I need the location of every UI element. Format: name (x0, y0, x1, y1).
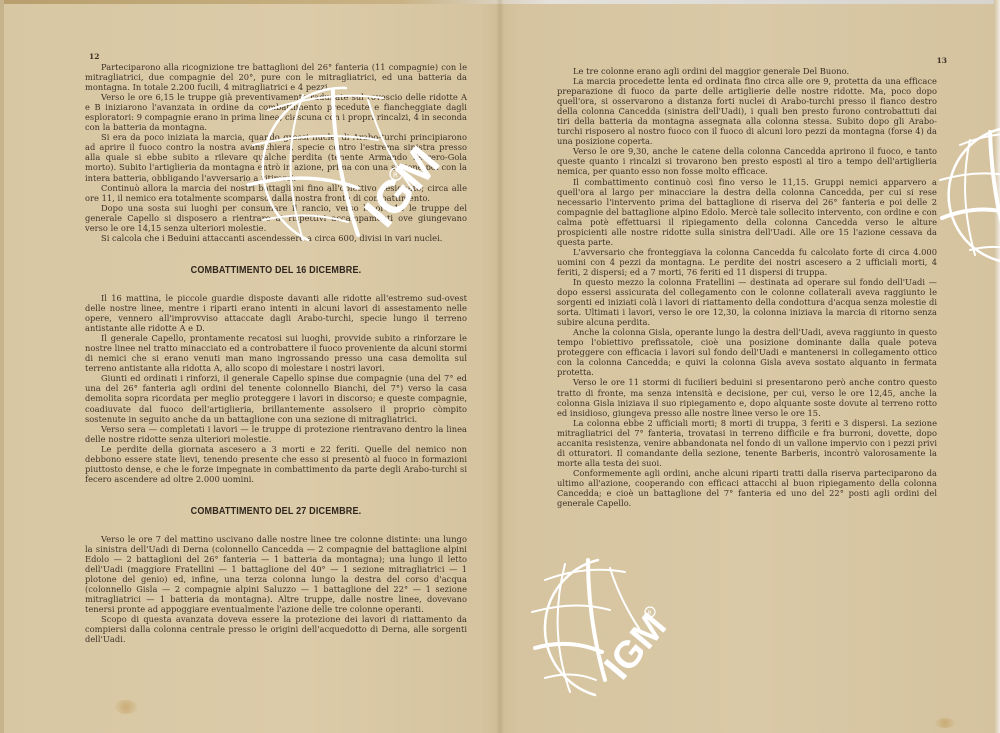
paragraph: Giunti ed ordinati i rinforzi, il genera… (85, 373, 467, 423)
paper-stain (935, 718, 955, 728)
right-text-block: Le tre colonne erano agli ordini del mag… (557, 66, 937, 508)
left-text-block-3: Verso le ore 7 del mattino uscivano dall… (85, 534, 467, 645)
igm-watermark-logo: IGM R (510, 550, 680, 720)
igm-text-icon: IGM (597, 606, 675, 688)
left-text-block-2: Il 16 mattina, le piccole guardie dispos… (85, 293, 467, 484)
paragraph: Verso le ore 7 del mattino uscivano dall… (85, 534, 467, 614)
svg-text:IGM: IGM (597, 606, 675, 688)
page-number: 12 (89, 52, 99, 61)
globe-icon (940, 128, 1000, 262)
page-right-edge (994, 0, 1000, 733)
paragraph: Conformemente agli ordini, anche alcuni … (557, 468, 937, 508)
paragraph: Il generale Capello, prontamente recatos… (85, 333, 467, 373)
paragraph: Verso le ore 11 stormi di fucilieri bedu… (557, 377, 937, 417)
igm-watermark-logo-partial (930, 120, 1000, 270)
paragraph: Anche la colonna Gisla, operante lungo l… (557, 327, 937, 377)
paragraph: La marcia procedette lenta ed ordinata f… (557, 76, 937, 146)
svg-text:IGM: IGM (354, 136, 450, 236)
page-number: 13 (937, 56, 947, 65)
registered-mark: R (648, 610, 652, 617)
igm-text-icon: IGM (354, 136, 450, 236)
paragraph: Scopo di questa avanzata doveva essere l… (85, 614, 467, 644)
paragraph: Il combattimento continuò così fino vers… (557, 177, 937, 247)
paragraph: In questo mezzo la colonna Fratellini — … (557, 277, 937, 327)
paragraph: Verso sera — completati i lavori — le tr… (85, 424, 467, 444)
page-left-edge (0, 0, 4, 733)
book-spread: 12 Parteciparono alla ricognizione tre b… (0, 0, 1000, 733)
paragraph: Il 16 mattina, le piccole guardie dispos… (85, 293, 467, 333)
registered-mark: R (393, 172, 398, 180)
section-heading: COMBATTIMENTO DEL 27 DICEMBRE. (112, 505, 441, 517)
paragraph: Verso le ore 9,30, anche le catene della… (557, 146, 937, 176)
paragraph: Le tre colonne erano agli ordini del mag… (557, 66, 937, 76)
paragraph: Le perdite della giornata ascesero a 3 m… (85, 444, 467, 484)
paragraph: La colonna ebbe 2 ufficiali morti; 8 mor… (557, 418, 937, 468)
paragraph: L'avversario che fronteggiava la colonna… (557, 247, 937, 277)
book-gutter (496, 0, 504, 733)
igm-watermark-logo: IGM R (208, 70, 468, 270)
